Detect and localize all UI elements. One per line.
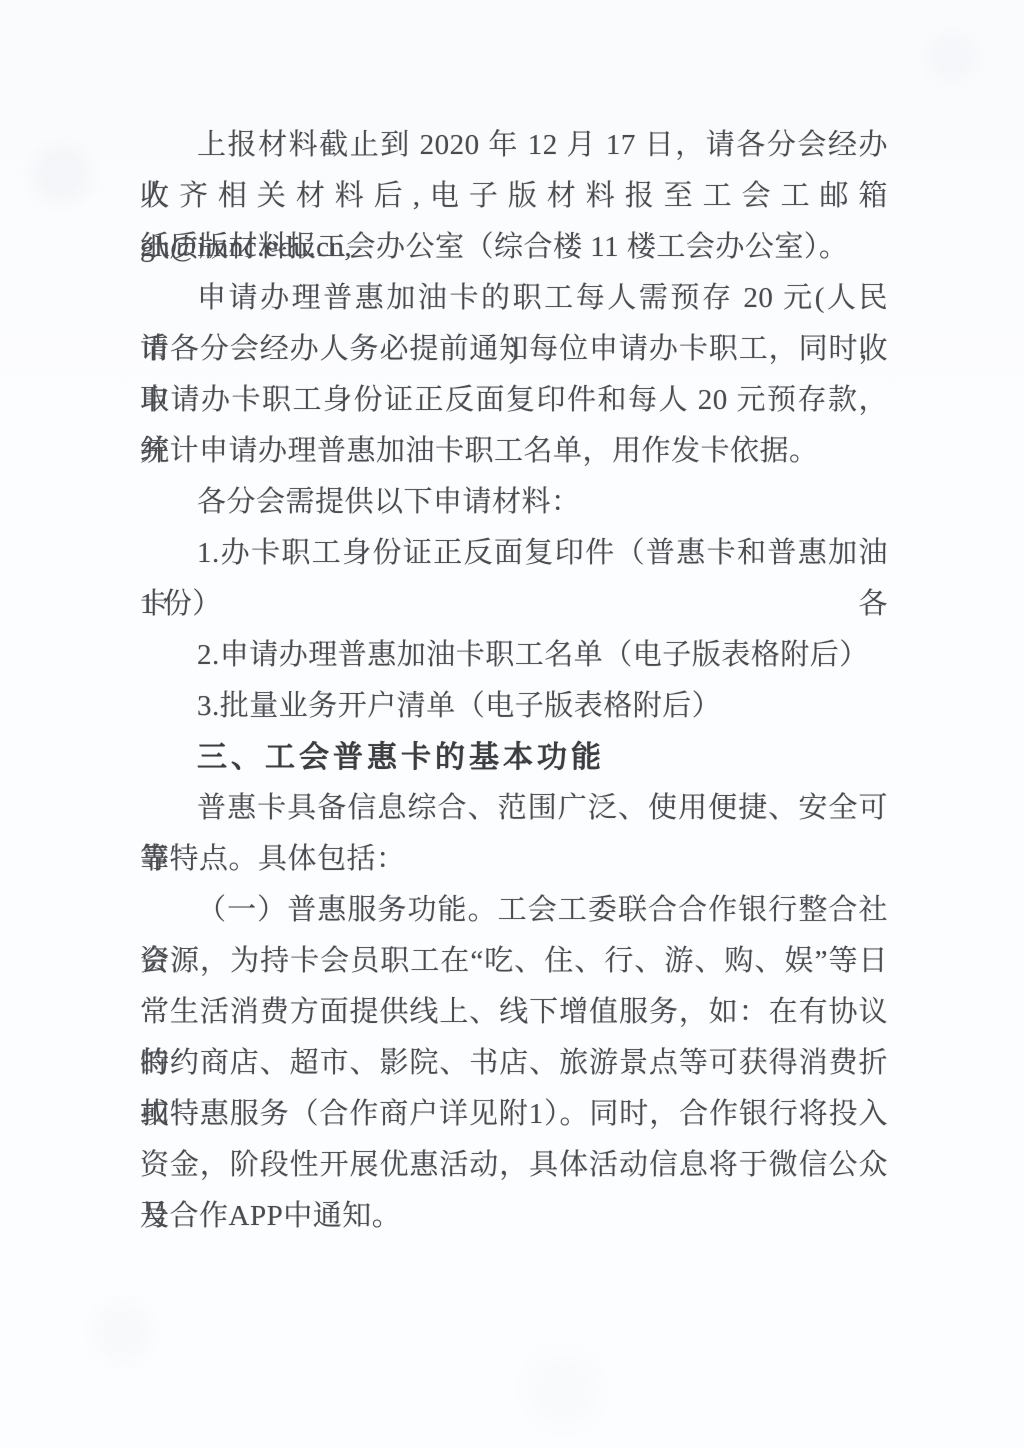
text-line: 1.办卡职工身份证正反面复印件（普惠卡和普惠加油卡各 — [140, 528, 888, 579]
text-line: 2.申请办理普惠加油卡职工名单（电子版表格附后） — [140, 630, 888, 681]
text-line: 各分会需提供以下申请材料： — [140, 477, 888, 528]
text-line: 申请办卡职工身份证正反面复印件和每人 20 元预存款，并 — [140, 375, 888, 426]
text-line: 常生活消费方面提供线上、线下增值服务，如：在有协议的 — [140, 987, 888, 1038]
text-line: 纸质版材料报工会办公室（综合楼 11 楼工会办公室）。 — [140, 222, 888, 273]
text-line: 或特惠服务（合作商户详见附1）。同时，合作银行将投入 — [140, 1089, 888, 1140]
text-line: 上报材料截止到 2020 年 12 月 17 日，请各分会经办人 — [140, 120, 888, 171]
text-line: 普惠卡具备信息综合、范围广泛、使用便捷、安全可靠 — [140, 783, 888, 834]
text-line: 收齐相关材料后,电子版材料报至工会工邮箱 gh@imnc.edu.cn, — [140, 171, 888, 222]
text-line: 资源，为持卡会员职工在“吃、住、行、游、购、娱”等日 — [140, 936, 888, 987]
text-line: 申请办理普惠加油卡的职工每人需预存 20 元(人民币)， — [140, 273, 888, 324]
text-line: 资金，阶段性开展优惠活动，具体活动信息将于微信公众号 — [140, 1140, 888, 1191]
text-line: 统计申请办理普惠加油卡职工名单，用作发卡依据。 — [140, 426, 888, 477]
text-line: 请各分会经办人务必提前通知每位申请办卡职工，同时收取 — [140, 324, 888, 375]
text-line: 等特点。具体包括： — [140, 834, 888, 885]
section-heading: 三、工会普惠卡的基本功能 — [140, 732, 888, 783]
text-line: （一）普惠服务功能。工会工委联合合作银行整合社会 — [140, 885, 888, 936]
document-body: 上报材料截止到 2020 年 12 月 17 日，请各分会经办人收齐相关材料后,… — [140, 120, 888, 1242]
text-line: 及合作APP中通知。 — [140, 1191, 888, 1242]
text-line: 特约商店、超市、影院、书店、旅游景点等可获得消费折扣 — [140, 1038, 888, 1089]
text-line: 3.批量业务开户清单（电子版表格附后） — [140, 681, 888, 732]
scanned-document-page: 上报材料截止到 2020 年 12 月 17 日，请各分会经办人收齐相关材料后,… — [0, 0, 1024, 1448]
